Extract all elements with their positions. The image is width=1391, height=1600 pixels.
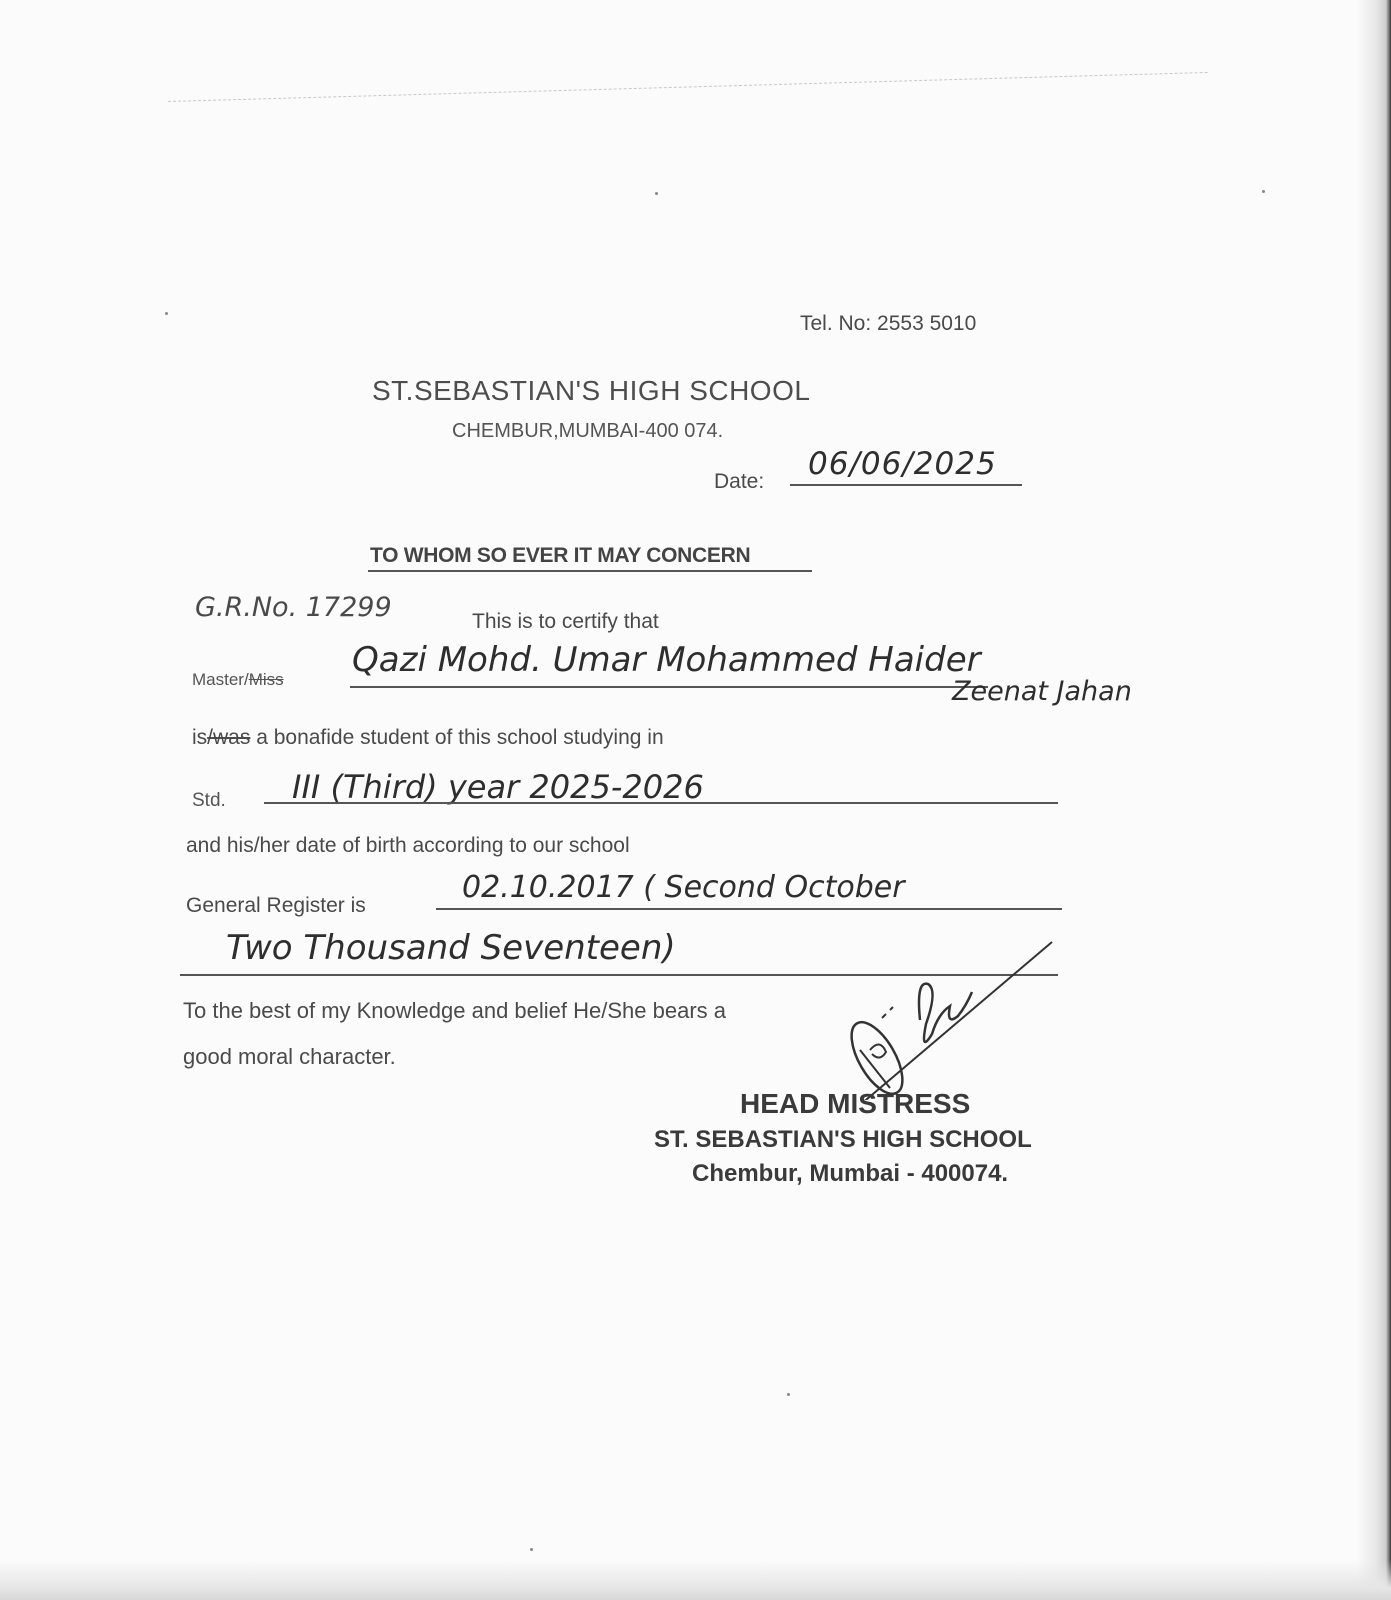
certify-text: This is to certify that [472, 610, 659, 634]
certificate-heading: TO WHOM SO EVER IT MAY CONCERN [370, 544, 750, 568]
master-miss-label: Master/Miss [192, 670, 284, 690]
general-register-label: General Register is [186, 894, 366, 918]
stamp-school: ST. SEBASTIAN'S HIGH SCHOOL [654, 1126, 1032, 1154]
heading-underline [368, 570, 812, 572]
scan-speck [655, 192, 658, 195]
character-line2: good moral character. [183, 1044, 396, 1070]
gr-number: G.R.No. 17299 [195, 592, 392, 623]
stamp-title: HEAD MISTRESS [740, 1088, 970, 1120]
page-edge-shadow-right [1357, 0, 1391, 1600]
character-line1: To the best of my Knowledge and belief H… [183, 998, 726, 1024]
date-underline [790, 484, 1022, 486]
dob-intro-text: and his/her date of birth according to o… [186, 834, 630, 858]
bonafide-text: is/was a bonafide student of this school… [192, 726, 664, 750]
scan-speck [787, 1393, 790, 1396]
std-underline [264, 802, 1058, 804]
date-value: 06/06/2025 [808, 446, 997, 482]
scan-speck [165, 312, 168, 315]
stamp-address: Chembur, Mumbai - 400074. [692, 1160, 1008, 1188]
scan-speck [1262, 190, 1265, 193]
telephone-number: Tel. No: 2553 5010 [800, 312, 976, 336]
bonafide-body: a bonafide student of this school studyi… [250, 726, 663, 749]
school-name: ST.SEBASTIAN'S HIGH SCHOOL [372, 375, 810, 407]
dob-words-line2: Two Thousand Seventeen) [226, 928, 676, 968]
scan-artifact-line [168, 72, 1208, 102]
name-underline [350, 686, 988, 688]
signature-icon [820, 940, 1060, 1100]
student-name: Qazi Mohd. Umar Mohammed Haider [352, 640, 981, 680]
school-address: CHEMBUR,MUMBAI-400 074. [452, 420, 723, 443]
std-label: Std. [192, 790, 226, 812]
is-text: is [192, 726, 207, 749]
page-edge-shadow-bottom [0, 1560, 1391, 1600]
miss-struck-text: Miss [249, 670, 284, 689]
dob-underline [436, 908, 1062, 910]
date-label: Date: [714, 470, 764, 494]
was-struck-text: /was [207, 726, 250, 749]
master-label-text: Master/ [192, 670, 249, 689]
std-value: III (Third) year 2025-2026 [292, 768, 704, 806]
scan-speck [530, 1548, 533, 1551]
dob-value: 02.10.2017 ( Second October [462, 870, 905, 905]
parent-name: Zeenat Jahan [952, 676, 1132, 707]
